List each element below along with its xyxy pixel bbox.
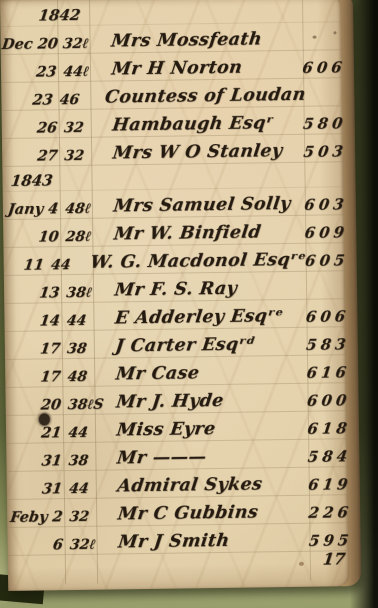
entry-name: Mr ——— [101,447,309,469]
entry-value: 618 [306,421,349,439]
entry-ref: 44 [64,482,103,499]
entry-ref: 28ℓ [60,230,99,247]
entry-value: 600 [306,393,349,411]
entry-ref: 32ℓ [58,37,97,54]
entry-name: Mr F. S. Ray [98,279,306,301]
entry-value: 595 [308,533,351,551]
entry-ref: 38ℓS [63,398,102,415]
entry-date: 11 [4,258,48,275]
entry-ref: 32 [59,149,98,166]
entry-date: Jany 4 [3,202,62,219]
page-number: 17 [322,551,346,567]
entry-date: 17 [5,370,64,387]
entry-name: J Carter Esqʳᵈ [99,335,307,357]
year-label: 1843 [10,173,54,191]
entry-ref: 44 [63,426,102,443]
entry-date: 23 [1,65,60,82]
entry-name: Mrs W O Stanley [96,142,304,164]
entry-name: E Adderley Esqʳᵉ [99,307,307,329]
entry-value: 584 [307,449,350,467]
entry-value: 606 [305,309,348,327]
ledger-rows: 1842Dec 2032ℓMrs Mossfeath2344ℓMr H Nort… [0,0,349,556]
entry-date: 10 [3,230,62,247]
entry-value: 616 [305,365,348,383]
entry-ref: 44 [46,258,76,274]
photograph-background: 1842Dec 2032ℓMrs Mossfeath2344ℓMr H Nort… [0,0,378,608]
entry-date: 6 [8,538,67,555]
entry-date: Feby 2 [7,510,66,527]
entry-name: Miss Eyre [100,419,308,441]
entry-value: 603 [303,197,346,215]
stain-speck [299,562,304,566]
entry-name: W. G. Macdonol Esqʳᵉ [73,251,306,274]
entry-name: Admiral Sykes [101,475,309,497]
ink-speck [313,36,317,39]
ink-blot [39,413,50,425]
entry-ref: 48ℓ [60,202,99,219]
entry-name: Mr Case [99,363,307,385]
entry-name: Mr J Smith [102,531,310,553]
entry-value: 583 [305,337,348,355]
entry-name: Countess of Loudan [89,86,307,109]
entry-date: 14 [5,314,64,331]
entry-value: 503 [302,144,345,162]
entry-ref: 38 [64,454,103,471]
entry-date: 31 [7,454,66,471]
entry-ref: 32 [59,121,98,138]
entry-ref: 32 [64,510,103,527]
year-label: 1842 [37,8,81,26]
entry-name: Hambaugh Esqʳ [96,114,304,136]
entry-date: 21 [6,426,65,443]
entry-date: 17 [5,342,64,359]
entry-name: Mr C Gubbins [101,503,309,525]
entry-name: Mrs Mossfeath [95,30,303,52]
entry-date: 27 [2,149,61,166]
entry-date: Dec 20 [1,37,60,54]
entry-value: 606 [301,60,344,78]
entry-value: 605 [304,253,347,271]
entry-name: Mr H Norton [95,58,303,80]
entry-date: 13 [4,286,63,303]
entry-date: 31 [7,482,66,499]
entry-ref: 48 [62,370,101,387]
entry-date: 26 [2,121,61,138]
entry-value: 226 [307,505,350,523]
entry-date: 23 [2,93,57,110]
entry-value: 609 [303,225,346,243]
entry-value: 619 [307,477,350,495]
entry-ref: 38ℓ [61,286,100,303]
entry-name: Mrs Samuel Solly [97,195,305,217]
entry-date: 20 [6,398,65,415]
entry-ref: 44ℓ [58,65,97,82]
ledger-paper: 1842Dec 2032ℓMrs Mossfeath2344ℓMr H Nort… [0,0,349,591]
ledger-book-page: 1842Dec 2032ℓMrs Mossfeath2344ℓMr H Nort… [0,0,361,591]
entry-ref: 44 [62,314,101,331]
entry-ref: 46 [54,93,91,110]
entry-ref: 32ℓ [65,538,104,555]
entry-ref: 38 [62,342,101,359]
entry-name: Mr W. Binfield [97,223,305,245]
ledger-row: 632ℓMr J Smith595 [7,523,348,556]
entry-value: 580 [302,116,345,134]
ink-speck [333,31,336,34]
entry-name: Mr J. Hyde [100,391,308,413]
